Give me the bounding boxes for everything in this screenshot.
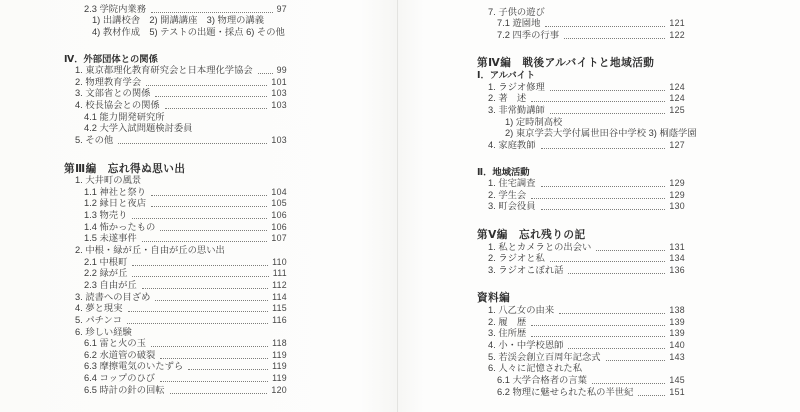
toc-entry: 3. 文部省との関係103 bbox=[64, 88, 287, 100]
dot-leader bbox=[592, 383, 666, 384]
book-spread: 2.3 学院内業務971) 出講校舎 2) 開講講座 3) 物理の講義4) 教材… bbox=[0, 0, 800, 412]
toc-entry: 4. 校長協会との関係103 bbox=[64, 99, 287, 111]
toc-entry: 3. ラジオこぼれ話136 bbox=[477, 264, 685, 276]
toc-entry-label: 4.2 大学入試問題検討委員 bbox=[64, 123, 192, 134]
toc-heading: Ⅰ．アルバイト bbox=[477, 69, 685, 81]
toc-entry-page: 114 bbox=[272, 292, 287, 303]
toc-entry-page: 121 bbox=[669, 18, 685, 29]
dot-leader bbox=[541, 209, 666, 210]
dot-leader bbox=[155, 300, 268, 301]
dot-leader bbox=[596, 250, 665, 251]
toc-entry-label: 2.2 緑が丘 bbox=[64, 268, 127, 279]
toc-entry-label: Ⅱ．地域活動 bbox=[477, 167, 530, 178]
toc-entry: 6.3 摩擦電気のいたずら119 bbox=[64, 361, 287, 373]
toc-entry-label: 資料編 bbox=[477, 293, 510, 304]
dot-leader bbox=[160, 230, 267, 231]
toc-entry-label: 4. 小・中学校恩師 bbox=[477, 340, 563, 351]
toc-entry: 1) 定時制高校 bbox=[477, 116, 685, 128]
toc-entry-label: 2. 学生会 bbox=[477, 190, 526, 201]
toc-entry: 6. 珍しい経験 bbox=[64, 326, 287, 338]
toc-entry: 5. 若渓会創立百周年記念式143 bbox=[477, 351, 685, 363]
toc-entry-page: 119 bbox=[272, 373, 287, 384]
toc-entry: 6.2 物理に魅せられた私の半世紀151 bbox=[477, 386, 685, 398]
toc-entry: 1. 八乙女の由来138 bbox=[477, 304, 685, 316]
toc-entry: 2.1 中根町110 bbox=[64, 256, 287, 268]
dot-leader bbox=[132, 218, 267, 219]
toc-entry-label: Ⅳ．外部団体との関係 bbox=[64, 54, 158, 65]
toc-entry: 2.3 自由が丘112 bbox=[64, 279, 287, 291]
toc-entry-page: 119 bbox=[272, 361, 287, 372]
dot-leader bbox=[550, 113, 666, 114]
toc-entry-label: 1.3 物売り bbox=[64, 210, 127, 221]
toc-entry-label: 6.4 コップのひび bbox=[64, 373, 155, 384]
dot-leader bbox=[541, 186, 666, 187]
toc-entry-page: 103 bbox=[271, 88, 287, 99]
toc-entry: 5. その他103 bbox=[64, 134, 287, 146]
dot-leader bbox=[550, 261, 666, 262]
toc-entry: 1. 住宅調査129 bbox=[477, 178, 685, 190]
toc-entry-page: 104 bbox=[271, 187, 287, 198]
toc-entry-page: 124 bbox=[669, 93, 685, 104]
toc-entry-label: 1) 定時制高校 bbox=[477, 117, 562, 128]
toc-entry-label: 2.3 学院内業務 bbox=[64, 4, 146, 15]
toc-heading: 第Ⅳ編 戦後アルバイトと地域活動 bbox=[477, 56, 685, 70]
toc-entry-page: 130 bbox=[669, 201, 685, 212]
toc-entry-label: 4. 夢と現実 bbox=[64, 303, 123, 314]
toc-entry-label: 1. 大井町の風景 bbox=[64, 175, 141, 186]
toc-entry-label: 6. 人々に記憶された私 bbox=[477, 363, 582, 374]
dot-leader bbox=[151, 206, 267, 207]
dot-leader bbox=[638, 395, 665, 396]
dot-leader bbox=[188, 369, 268, 370]
toc-entry-page: 151 bbox=[669, 387, 685, 398]
dot-leader bbox=[127, 323, 268, 324]
toc-entry-label: 6.2 物理に魅せられた私の半世紀 bbox=[477, 387, 633, 398]
toc-entry-label: 1) 出講校舎 2) 開講講座 3) 物理の講義 bbox=[64, 15, 264, 26]
dot-leader bbox=[531, 198, 665, 199]
toc-heading: 第Ⅲ編 忘れ得ぬ思い出 bbox=[64, 161, 287, 175]
page-gutter-line bbox=[397, 0, 398, 412]
toc-entry: 4) 教材作成 5) テストの出題・採点 6) その他 bbox=[64, 26, 287, 38]
dot-leader bbox=[155, 96, 267, 97]
toc-entry-page: 112 bbox=[272, 280, 287, 291]
toc-entry: 6.4 コップのひび119 bbox=[64, 372, 287, 384]
toc-entry-page: 131 bbox=[669, 242, 685, 253]
toc-entry-page: 116 bbox=[272, 315, 287, 326]
dot-leader bbox=[170, 393, 268, 394]
toc-entry-page: 138 bbox=[669, 305, 685, 316]
toc-heading: Ⅱ．地域活動 bbox=[477, 166, 685, 178]
toc-entry-label: 2.1 中根町 bbox=[64, 257, 127, 268]
dot-leader bbox=[142, 288, 268, 289]
toc-entry: 1.5 未遂事件107 bbox=[64, 233, 287, 245]
toc-entry-page: 107 bbox=[271, 233, 287, 244]
toc-entry-label: 1.5 未遂事件 bbox=[64, 233, 137, 244]
toc-entry-page: 140 bbox=[669, 340, 685, 351]
toc-entry: 6. 人々に記憶された私 bbox=[477, 363, 685, 375]
toc-entry-label: 6.2 水道管の破裂 bbox=[64, 350, 155, 361]
toc-entry-label: 1.1 神社と祭り bbox=[64, 187, 146, 198]
toc-entry-page: 99 bbox=[277, 65, 287, 76]
toc-entry-page: 106 bbox=[271, 210, 287, 221]
toc-right-page: 7. 子供の遊び7.1 遊園地1217.2 四季の行事122第Ⅳ編 戦後アルバイ… bbox=[477, 0, 685, 398]
toc-entry: 3. 読書への目ざめ114 bbox=[64, 291, 287, 303]
toc-entry-page: 145 bbox=[669, 375, 685, 386]
toc-entry: 3. 町会役員130 bbox=[477, 201, 685, 213]
toc-entry-label: Ⅰ．アルバイト bbox=[477, 70, 535, 81]
toc-entry: 4.2 大学入試問題検討委員 bbox=[64, 123, 287, 135]
dot-leader bbox=[531, 336, 665, 337]
toc-entry: 2) 東京学芸大学付属世田谷中学校 3) 桐蔭学園 bbox=[477, 128, 685, 140]
toc-entry-label: 1. 住宅調査 bbox=[477, 178, 536, 189]
dot-leader bbox=[531, 325, 665, 326]
dot-leader bbox=[606, 360, 666, 361]
toc-entry-page: 143 bbox=[669, 352, 685, 363]
toc-entry: 1.4 怖かったもの106 bbox=[64, 221, 287, 233]
toc-entry: 2. 学生会129 bbox=[477, 189, 685, 201]
dot-leader bbox=[564, 38, 665, 39]
toc-entry-label: 1.4 怖かったもの bbox=[64, 222, 155, 233]
toc-entry-label: 1. 私とカメラとの出会い bbox=[477, 242, 591, 253]
toc-entry-label: 2.3 自由が丘 bbox=[64, 280, 137, 291]
toc-entry-label: 3. 住所歴 bbox=[477, 328, 526, 339]
toc-entry-label: 1. 八乙女の由来 bbox=[477, 305, 554, 316]
dot-leader bbox=[568, 273, 665, 274]
toc-entry-page: 139 bbox=[669, 317, 685, 328]
toc-entry: 2. 中根・緑が丘・自由が丘の思い出 bbox=[64, 244, 287, 256]
toc-entry-label: 5. 若渓会創立百周年記念式 bbox=[477, 352, 601, 363]
toc-entry-label: 6.5 時計の針の回転 bbox=[64, 385, 165, 396]
toc-entry-label: 4. 家庭教師 bbox=[477, 140, 536, 151]
toc-entry-page: 120 bbox=[271, 385, 287, 396]
toc-entry-page: 122 bbox=[669, 30, 685, 41]
toc-entry: 2. ラジオと私134 bbox=[477, 253, 685, 265]
toc-entry: 7. 子供の遊び bbox=[477, 6, 685, 18]
toc-entry-label: 2. 物理教育学会 bbox=[64, 77, 141, 88]
toc-entry-label: 3. 文部省との関係 bbox=[64, 88, 150, 99]
toc-entry-label: 4.1 能力開発研究所 bbox=[64, 112, 165, 123]
toc-entry: 4.1 能力開発研究所 bbox=[64, 111, 287, 123]
dot-leader bbox=[128, 311, 269, 312]
toc-entry-label: 第Ⅴ編 忘れ残りの記 bbox=[477, 230, 586, 241]
dot-leader bbox=[531, 101, 665, 102]
toc-entry: 6.2 水道管の破裂119 bbox=[64, 349, 287, 361]
toc-entry-page: 134 bbox=[669, 253, 685, 264]
toc-entry-label: 3. 町会役員 bbox=[477, 201, 536, 212]
toc-entry: 2.3 学院内業務97 bbox=[64, 3, 287, 15]
dot-leader bbox=[568, 348, 665, 349]
dot-leader bbox=[151, 12, 273, 13]
toc-entry-page: 139 bbox=[669, 328, 685, 339]
dot-leader bbox=[541, 148, 666, 149]
toc-entry-label: 4) 教材作成 5) テストの出題・採点 6) その他 bbox=[64, 27, 285, 38]
toc-entry-label: 7. 子供の遊び bbox=[477, 7, 545, 18]
dot-leader bbox=[258, 73, 273, 74]
toc-entry: 3. 住所歴139 bbox=[477, 328, 685, 340]
toc-entry-page: 97 bbox=[277, 4, 287, 15]
toc-entry: 4. 夢と現実115 bbox=[64, 303, 287, 315]
toc-entry-label: 6.3 摩擦電気のいたずら bbox=[64, 361, 183, 372]
toc-entry-label: 1. 東京都理化教育研究会と日本理化学協会 bbox=[64, 65, 253, 76]
toc-entry-page: 101 bbox=[271, 77, 287, 88]
toc-entry-page: 125 bbox=[669, 105, 685, 116]
toc-entry-label: 6.1 雷と火の玉 bbox=[64, 338, 146, 349]
dot-leader bbox=[545, 26, 665, 27]
toc-entry-page: 105 bbox=[271, 198, 287, 209]
toc-entry-page: 115 bbox=[272, 303, 287, 314]
toc-entry-page: 103 bbox=[271, 135, 287, 146]
dot-leader bbox=[146, 85, 267, 86]
dot-leader bbox=[118, 143, 267, 144]
toc-entry-label: 6. 珍しい経験 bbox=[64, 327, 132, 338]
toc-entry: 1.3 物売り106 bbox=[64, 209, 287, 221]
toc-entry-label: 3. 読書への目ざめ bbox=[64, 292, 150, 303]
toc-entry-label: 5. パチンコ bbox=[64, 315, 122, 326]
toc-entry-page: 111 bbox=[273, 268, 287, 279]
toc-heading: Ⅳ．外部団体との関係 bbox=[64, 53, 287, 65]
toc-entry-page: 129 bbox=[669, 190, 685, 201]
toc-entry: 1. 大井町の風景 bbox=[64, 175, 287, 187]
toc-entry-page: 103 bbox=[271, 100, 287, 111]
toc-entry-label: 第Ⅳ編 戦後アルバイトと地域活動 bbox=[477, 58, 654, 69]
toc-entry: 2. 履 歴139 bbox=[477, 316, 685, 328]
toc-entry-page: 119 bbox=[272, 350, 287, 361]
toc-entry-page: 129 bbox=[669, 178, 685, 189]
toc-entry-label: 2. 中根・緑が丘・自由が丘の思い出 bbox=[64, 245, 225, 256]
toc-entry: 7.2 四季の行事122 bbox=[477, 29, 685, 41]
toc-heading: 第Ⅴ編 忘れ残りの記 bbox=[477, 227, 685, 241]
dot-leader bbox=[151, 195, 267, 196]
toc-entry: 2. 物理教育学会101 bbox=[64, 76, 287, 88]
toc-entry-page: 124 bbox=[669, 82, 685, 93]
toc-entry: 1. 東京都理化教育研究会と日本理化学協会99 bbox=[64, 65, 287, 77]
toc-entry: 1.1 神社と祭り104 bbox=[64, 186, 287, 198]
dot-leader bbox=[142, 241, 268, 242]
dot-leader bbox=[132, 276, 268, 277]
toc-entry-label: 5. その他 bbox=[64, 135, 113, 146]
dot-leader bbox=[151, 346, 268, 347]
toc-entry: 5. パチンコ116 bbox=[64, 314, 287, 326]
toc-entry-page: 106 bbox=[271, 222, 287, 233]
toc-entry-label: 1.2 縁日と夜店 bbox=[64, 198, 146, 209]
dot-leader bbox=[165, 108, 268, 109]
dot-leader bbox=[559, 313, 665, 314]
toc-entry-page: 110 bbox=[272, 257, 287, 268]
toc-entry-page: 127 bbox=[669, 140, 685, 151]
toc-entry: 6.1 雷と火の玉118 bbox=[64, 338, 287, 350]
toc-entry-label: 2) 東京学芸大学付属世田谷中学校 3) 桐蔭学園 bbox=[477, 128, 697, 139]
toc-entry-label: 2. 履 歴 bbox=[477, 317, 526, 328]
toc-entry: 2.2 緑が丘111 bbox=[64, 268, 287, 280]
toc-heading: 資料編 bbox=[477, 291, 685, 305]
toc-entry-label: 7.2 四季の行事 bbox=[477, 30, 559, 41]
toc-entry: 1) 出講校舎 2) 開講講座 3) 物理の講義 bbox=[64, 15, 287, 27]
toc-entry-label: 2. 著 述 bbox=[477, 93, 526, 104]
toc-entry-label: 第Ⅲ編 忘れ得ぬ思い出 bbox=[64, 164, 185, 175]
toc-entry: 1. ラジオ修理124 bbox=[477, 81, 685, 93]
toc-entry-label: 7.1 遊園地 bbox=[477, 18, 540, 29]
toc-entry-label: 1. ラジオ修理 bbox=[477, 82, 545, 93]
toc-entry: 2. 著 述124 bbox=[477, 93, 685, 105]
toc-entry: 4. 小・中学校恩師140 bbox=[477, 339, 685, 351]
toc-entry-label: 3. ラジオこぼれ話 bbox=[477, 265, 563, 276]
toc-entry-page: 118 bbox=[272, 338, 287, 349]
toc-entry: 7.1 遊園地121 bbox=[477, 18, 685, 30]
toc-entry: 6.5 時計の針の回転120 bbox=[64, 384, 287, 396]
toc-entry: 1.2 縁日と夜店105 bbox=[64, 198, 287, 210]
toc-entry-label: 6.1 大学合格者の言葉 bbox=[477, 375, 587, 386]
toc-entry-label: 3. 非常勤講師 bbox=[477, 105, 545, 116]
toc-entry-label: 4. 校長協会との関係 bbox=[64, 100, 160, 111]
dot-leader bbox=[160, 381, 268, 382]
toc-entry: 4. 家庭教師127 bbox=[477, 139, 685, 151]
toc-entry: 3. 非常勤講師125 bbox=[477, 104, 685, 116]
toc-entry: 1. 私とカメラとの出会い131 bbox=[477, 241, 685, 253]
dot-leader bbox=[132, 265, 268, 266]
toc-entry-label: 2. ラジオと私 bbox=[477, 253, 545, 264]
toc-entry: 6.1 大学合格者の言葉145 bbox=[477, 374, 685, 386]
toc-entry-page: 136 bbox=[669, 265, 685, 276]
toc-left-page: 2.3 学院内業務971) 出講校舎 2) 開講講座 3) 物理の講義4) 教材… bbox=[64, 0, 287, 396]
dot-leader bbox=[160, 358, 268, 359]
dot-leader bbox=[550, 90, 666, 91]
